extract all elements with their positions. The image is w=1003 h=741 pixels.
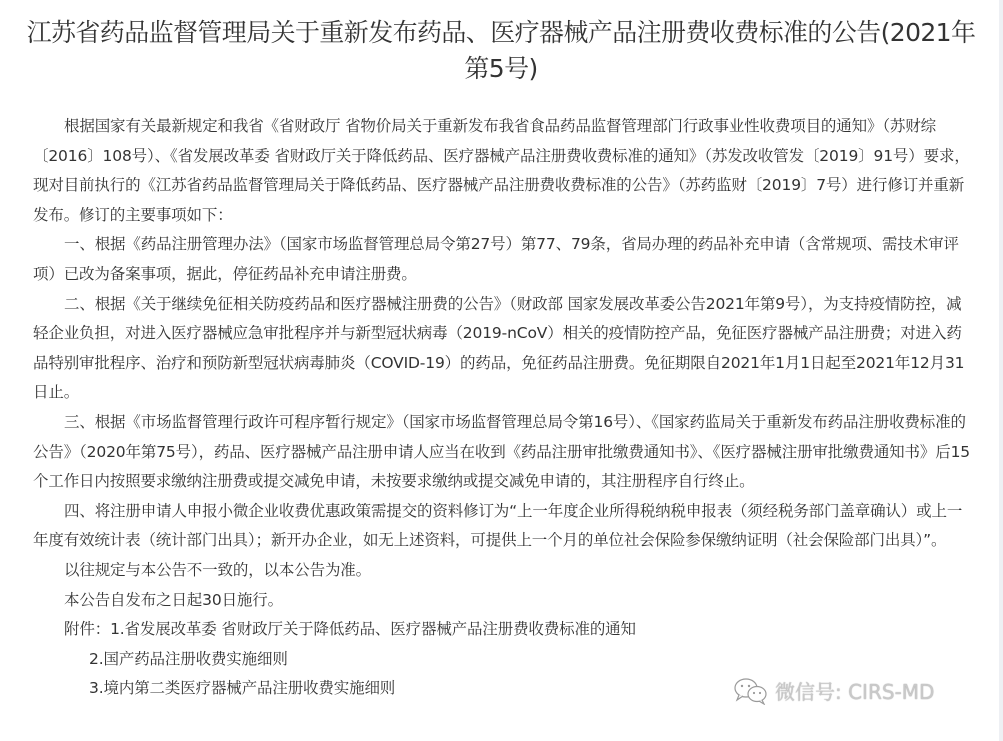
- page-edge-strip: [999, 0, 1003, 741]
- item-4-paragraph: 四、将注册申请人申报小微企业收费优惠政策需提交的资料修订为“上一年度企业所得税纳…: [33, 497, 973, 556]
- precedence-paragraph: 以往规定与本公告不一致的，以本公告为准。: [33, 556, 973, 586]
- attachment-1: 附件：1.省发展改革委 省财政厅关于降低药品、医疗器械产品注册费收费标准的通知: [33, 615, 973, 645]
- wechat-watermark: 微信号: CIRS-MD: [733, 676, 934, 705]
- item-1-paragraph: 一、根据《药品注册管理办法》（国家市场监督管理总局令第27号）第77、79条，省…: [33, 230, 973, 289]
- attachment-2: 2.国产药品注册收费实施细则: [33, 645, 973, 675]
- item-3-paragraph: 三、根据《市场监督管理行政许可程序暂行规定》（国家市场监督管理总局令第16号）、…: [33, 408, 973, 497]
- attachments-label: 附件：: [64, 620, 110, 638]
- item-2-paragraph: 二、根据《关于继续免征相关防疫药品和医疗器械注册费的公告》（财政部 国家发展改革…: [33, 290, 973, 408]
- wechat-id-text: 微信号: CIRS-MD: [775, 676, 934, 705]
- effective-date-paragraph: 本公告自发布之日起30日施行。: [33, 586, 973, 616]
- intro-paragraph: 根据国家有关最新规定和我省《省财政厅 省物价局关于重新发布我省食品药品监督管理部…: [33, 112, 973, 230]
- attachment-1-text: 1.省发展改革委 省财政厅关于降低药品、医疗器械产品注册费收费标准的通知: [110, 620, 636, 638]
- document-body: 根据国家有关最新规定和我省《省财政厅 省物价局关于重新发布我省食品药品监督管理部…: [33, 112, 973, 704]
- document-title: 江苏省药品监督管理局关于重新发布药品、医疗器械产品注册费收费标准的公告(2021…: [20, 15, 982, 87]
- wechat-icon: [733, 677, 769, 705]
